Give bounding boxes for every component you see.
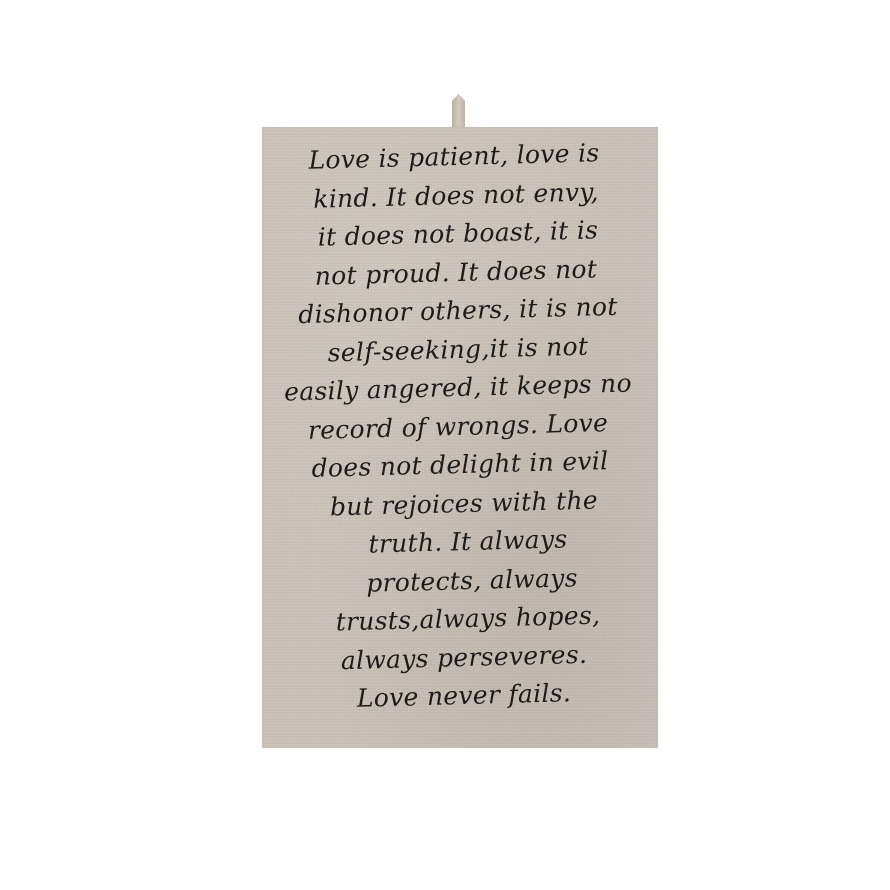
printed-verse: Love is patient, love is kind. It does n… <box>262 138 658 716</box>
hanging-loop <box>452 94 465 128</box>
